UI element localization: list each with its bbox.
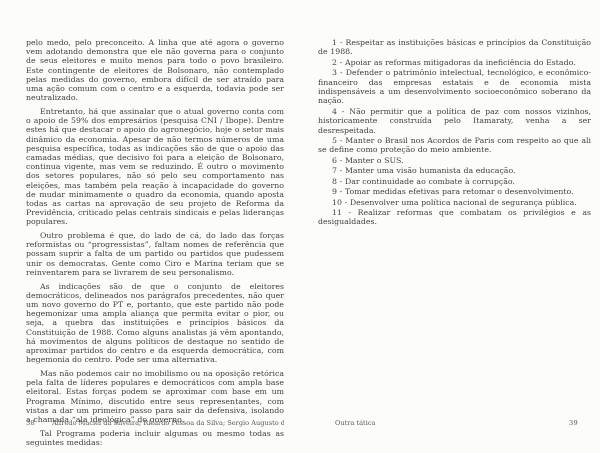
- list-item: 3 - Defender o patrimônio intelectual, t…: [318, 68, 591, 106]
- list-item: 4 - Não permitir que a política de paz c…: [318, 107, 591, 135]
- right-page-footer: Outra tática 39: [335, 419, 591, 427]
- list-item: 8 - Dar continuidade ao combate à corrup…: [318, 177, 591, 186]
- running-chapter-title: Outra tática: [335, 419, 375, 427]
- paragraph: pelo medo, pelo preconceito. A linha que…: [26, 38, 284, 102]
- left-page-footer: 38 Alfredo Maciel da Silveira; Ricardo P…: [26, 419, 284, 427]
- left-page: pelo medo, pelo preconceito. A linha que…: [26, 38, 284, 452]
- paragraph: As indicações são de que o conjunto de e…: [26, 282, 284, 365]
- list-item: 6 - Manter o SUS.: [318, 156, 591, 165]
- running-authors: Alfredo Maciel da Silveira; Ricardo Pess…: [52, 419, 284, 427]
- list-item: 5 - Manter o Brasil nos Acordos de Paris…: [318, 136, 591, 155]
- list-item: 9 - Tomar medidas efetivas para retomar …: [318, 187, 591, 196]
- paragraph: Outro problema é que, do lado de cá, do …: [26, 231, 284, 277]
- list-item: 1 - Respeitar as instituições básicas e …: [318, 38, 591, 57]
- list-item: 2 - Apoiar as reformas mitigadoras da in…: [318, 58, 591, 67]
- paragraph: Mas não podemos cair no imobilismo ou na…: [26, 369, 284, 424]
- book-spread: pelo medo, pelo preconceito. A linha que…: [0, 0, 600, 453]
- paragraph: Tal Programa poderia incluir algumas ou …: [26, 429, 284, 447]
- page-number: 39: [569, 419, 578, 427]
- list-item: 11 - Realizar reformas que combatam os p…: [318, 208, 591, 227]
- right-page: 1 - Respeitar as instituições básicas e …: [318, 38, 591, 228]
- paragraph: Entretanto, há que assinalar que o atual…: [26, 107, 284, 227]
- list-item: 10 - Desenvolver uma política nacional d…: [318, 198, 591, 207]
- list-item: 7 - Manter uma visão humanista da educaç…: [318, 166, 591, 175]
- page-number: 38: [26, 419, 35, 427]
